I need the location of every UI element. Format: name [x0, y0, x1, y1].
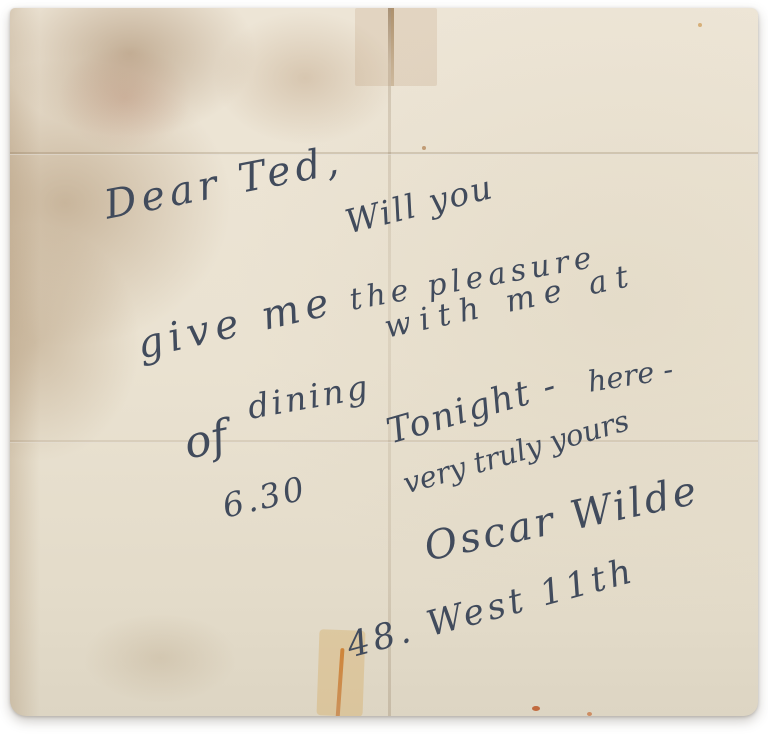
- horizontal-fold-crease-upper: [10, 152, 758, 155]
- handwriting-time: 6.30: [219, 471, 310, 522]
- tape-residue-top: [355, 8, 437, 86]
- foxing-spot: [587, 712, 592, 716]
- handwriting-will-you: Will you: [342, 170, 497, 239]
- handwriting-here: here -: [586, 355, 675, 397]
- handwriting-give-me: give me: [134, 281, 339, 365]
- letter-photo: Dear Ted, Will you give me the pleasure …: [0, 0, 768, 735]
- foxing-spot: [532, 706, 540, 711]
- letter-sheet: Dear Ted, Will you give me the pleasure …: [10, 8, 758, 716]
- handwriting-dining: dining: [245, 370, 373, 424]
- handwriting-of: of: [180, 415, 231, 467]
- horizontal-fold-crease-lower: [10, 440, 758, 443]
- foxing-spot: [698, 23, 702, 27]
- handwriting-signature: Oscar Wilde: [421, 470, 703, 567]
- vertical-fold-crease: [388, 8, 391, 716]
- foxing-spot: [422, 146, 426, 150]
